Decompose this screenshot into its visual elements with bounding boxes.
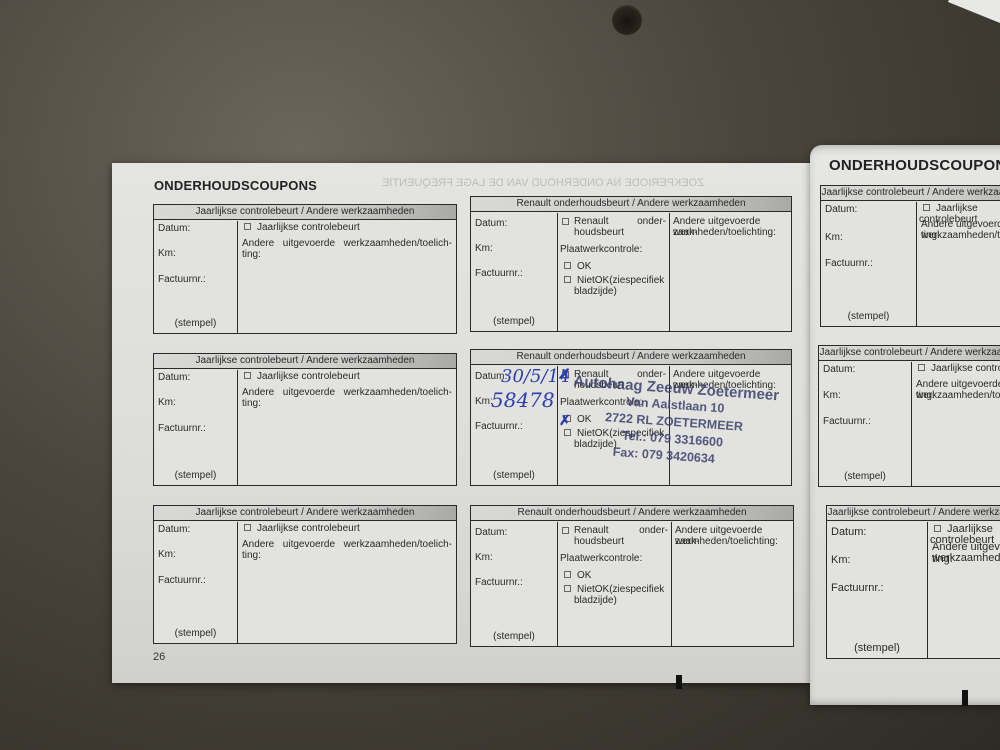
not-ok-label: NietOK(ziespecifiek (577, 584, 664, 595)
dealer-stamp: Autohaag Zeeuw Zoetermeer Van Aalstlaan … (568, 373, 779, 472)
renault-coupon-3: Renault onderhoudsbeurt / Andere werkzaa… (470, 505, 794, 647)
ok-label: OK (577, 261, 591, 272)
coupon-header: Jaarlijkse controlebeurt / Andere werkza… (154, 205, 456, 220)
coupon-header: Jaarlijkse controlebeurt / Andere werkza… (819, 346, 1000, 361)
ok-label: OK (577, 570, 591, 581)
datum-label: Datum: (158, 524, 190, 535)
service-label-cont: houdsbeurt (574, 227, 666, 238)
coupon-header: Renault onderhoudsbeurt / Andere werkzaa… (471, 197, 791, 212)
page-number: 26 (153, 651, 165, 663)
km-label: Km: (831, 554, 851, 566)
datum-label: Datum: (475, 527, 507, 538)
stempel-label: (stempel) (154, 318, 237, 329)
datum-label: Datum: (475, 218, 507, 229)
km-label: Km: (475, 243, 493, 254)
annual-checkbox-label: Jaarlijkse controlebeurt (257, 222, 360, 233)
other-work-label-cont: zaamheden/toelichting: (675, 536, 789, 547)
annual-coupon-1: Jaarlijkse controlebeurt / Andere werkza… (153, 204, 457, 334)
annual-checkbox[interactable] (923, 204, 930, 211)
km-label: Km: (475, 552, 493, 563)
annual-checkbox[interactable] (244, 524, 251, 531)
datum-label: Datum: (825, 204, 857, 215)
other-work-label-cont: ting: (242, 550, 452, 561)
annual-coupon-2: Jaarlijkse controlebeurt / Andere werkza… (153, 353, 457, 486)
factuur-label: Factuurnr.: (158, 274, 206, 285)
right-annual-coupon-2: Jaarlijkse controlebeurt / Andere werkza… (818, 345, 1000, 487)
not-ok-label: NietOK(ziespecifiek (577, 275, 664, 286)
datum-label: Datum: (823, 364, 855, 375)
coupon-header: Jaarlijkse controlebeurt / Andere werkza… (821, 186, 1000, 201)
other-work-label: Andere uitgevoerde werkzaamheden/toelich… (242, 387, 452, 398)
right-annual-coupon-1: Jaarlijkse controlebeurt / Andere werkza… (820, 185, 1000, 327)
other-work-label: Andere uitgevoerde werkzaamheden/toelich… (242, 238, 452, 249)
table-hole (612, 5, 642, 35)
not-ok-checkbox[interactable] (564, 585, 571, 592)
km-label: Km: (823, 390, 841, 401)
service-checkbox[interactable] (562, 527, 569, 534)
factuur-label: Factuurnr.: (475, 577, 523, 588)
stempel-label: (stempel) (154, 470, 237, 481)
left-page: ONDERHOUDSCOUPONS ZOEKPERIODE NA ONDERHO… (112, 163, 812, 683)
page-tab-marker (676, 675, 682, 689)
stempel-label: (stempel) (471, 631, 557, 642)
annual-checkbox[interactable] (918, 364, 925, 371)
paper-corner (948, 0, 1000, 24)
page-title: ONDERHOUDSCOUPONS (154, 178, 317, 193)
not-ok-checkbox[interactable] (564, 276, 571, 283)
annual-checkbox-label: Jaarlijkse controlebeurt (257, 371, 360, 382)
coupon-header: Jaarlijkse controlebeurt / Andere werkza… (827, 506, 1000, 521)
right-page: ONDERHOUDSCOUPONS Jaarlijkse controlebeu… (810, 145, 1000, 705)
renault-coupon-2-filled: Renault onderhoudsbeurt / Andere werkzaa… (470, 349, 792, 486)
other-work-label-cont: ting: (932, 554, 1000, 565)
annual-checkbox-label: Jaarlijkse controlebeurt (257, 523, 360, 534)
service-checkbox[interactable] (562, 218, 569, 225)
service-checkmark-icon: ✗ (559, 366, 571, 383)
coupon-header: Jaarlijkse controlebeurt / Andere werkza… (154, 506, 456, 521)
bodywork-label: Plaatwerkcontrole: (560, 244, 666, 255)
service-label: Renault onder- (574, 216, 666, 227)
datum-label: Datum: (831, 526, 866, 538)
other-work-label-cont: ting: (242, 249, 452, 260)
stempel-label: (stempel) (471, 316, 557, 327)
service-label: Renault onder- (574, 525, 668, 536)
bleed-through-text: ZOEKPERIODE NA ONDERHOUD VAN DE LAGE FRE… (382, 177, 704, 189)
not-ok-label-cont: bladzijde) (574, 286, 666, 297)
coupon-header: Renault onderhoudsbeurt / Andere werkzaa… (471, 350, 791, 365)
annual-checkbox-label: Jaarlijkse controlebeurt (931, 363, 1000, 374)
ok-checkbox[interactable] (564, 571, 571, 578)
stempel-label: (stempel) (827, 642, 927, 654)
factuur-label: Factuurnr.: (475, 421, 523, 432)
right-annual-coupon-3: Jaarlijkse controlebeurt / Andere werkza… (826, 505, 1000, 659)
coupon-header: Renault onderhoudsbeurt / Andere werkzaa… (471, 506, 793, 521)
km-label: Km: (158, 248, 176, 259)
other-work-label-cont: ting: (242, 398, 452, 409)
handwritten-km: 58478 (491, 388, 555, 412)
datum-label: Datum: (158, 223, 190, 234)
not-ok-label-cont: bladzijde) (574, 595, 668, 606)
bodywork-label: Plaatwerkcontrole: (560, 553, 668, 564)
stempel-label: (stempel) (821, 311, 916, 322)
factuur-label: Factuurnr.: (823, 416, 871, 427)
stempel-label: (stempel) (471, 470, 557, 481)
km-label: Km: (158, 397, 176, 408)
km-label: Km: (158, 549, 176, 560)
factuur-label: Factuurnr.: (831, 582, 884, 594)
other-work-label-cont: ting: (921, 230, 1000, 241)
service-label-cont: houdsbeurt (574, 536, 668, 547)
factuur-label: Factuurnr.: (158, 423, 206, 434)
annual-checkbox[interactable] (244, 372, 251, 379)
coupon-header: Jaarlijkse controlebeurt / Andere werkza… (154, 354, 456, 369)
annual-checkbox[interactable] (244, 223, 251, 230)
km-label: Km: (825, 232, 843, 243)
factuur-label: Factuurnr.: (475, 268, 523, 279)
annual-coupon-3: Jaarlijkse controlebeurt / Andere werkza… (153, 505, 457, 644)
factuur-label: Factuurnr.: (158, 575, 206, 586)
stempel-label: (stempel) (819, 471, 911, 482)
page-title: ONDERHOUDSCOUPONS (829, 157, 1000, 174)
factuur-label: Factuurnr.: (825, 258, 873, 269)
ok-checkbox[interactable] (564, 262, 571, 269)
other-work-label-cont: ting: (916, 390, 1000, 401)
renault-coupon-1: Renault onderhoudsbeurt / Andere werkzaa… (470, 196, 792, 332)
other-work-label-cont: zaamheden/toelichting: (673, 227, 787, 238)
datum-label: Datum: (158, 372, 190, 383)
stempel-label: (stempel) (154, 628, 237, 639)
other-work-label: Andere uitgevoerde werkzaamheden/toelich… (242, 539, 452, 550)
page-tab-marker (962, 690, 968, 706)
annual-checkbox[interactable] (934, 525, 941, 532)
ok-checkmark-icon: ✗ (559, 412, 571, 429)
